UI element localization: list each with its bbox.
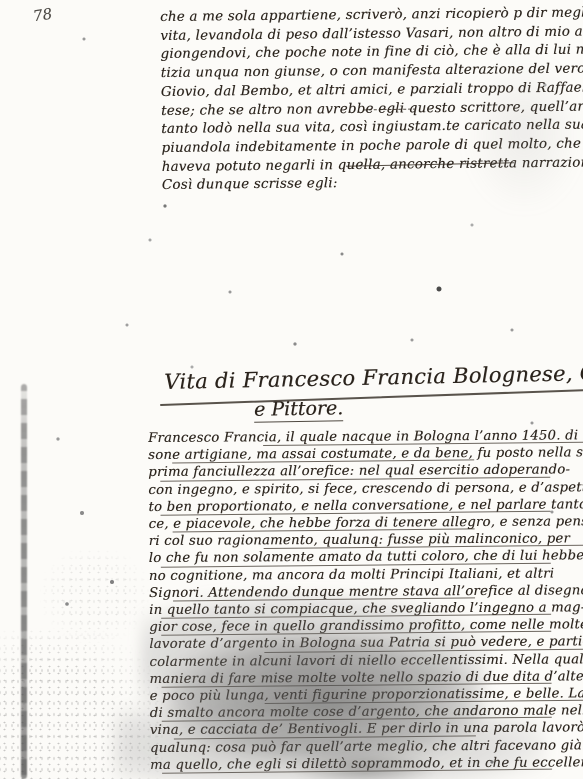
folio-number: 78 [32, 5, 54, 26]
manuscript-line: ma quello, che egli si dilettò soprammod… [150, 754, 583, 774]
chapter-title-line2: e Pittore. [254, 397, 344, 423]
foxing-speckles [40, 548, 150, 643]
binding-edge-crease [21, 384, 27, 779]
biography-paragraph: Francesco Francia, il quale nacque in Bo… [148, 427, 583, 774]
manuscript-page: 78 che a me sola appartiene, scriverò, a… [0, 0, 583, 779]
manuscript-line: Così dunque scrisse egli: [162, 172, 583, 196]
intro-paragraph: che a me sola appartiene, scriverò, anzi… [160, 4, 583, 196]
chapter-title-line1: Vita di Francesco Francia Bolognese, Ore… [164, 360, 583, 394]
